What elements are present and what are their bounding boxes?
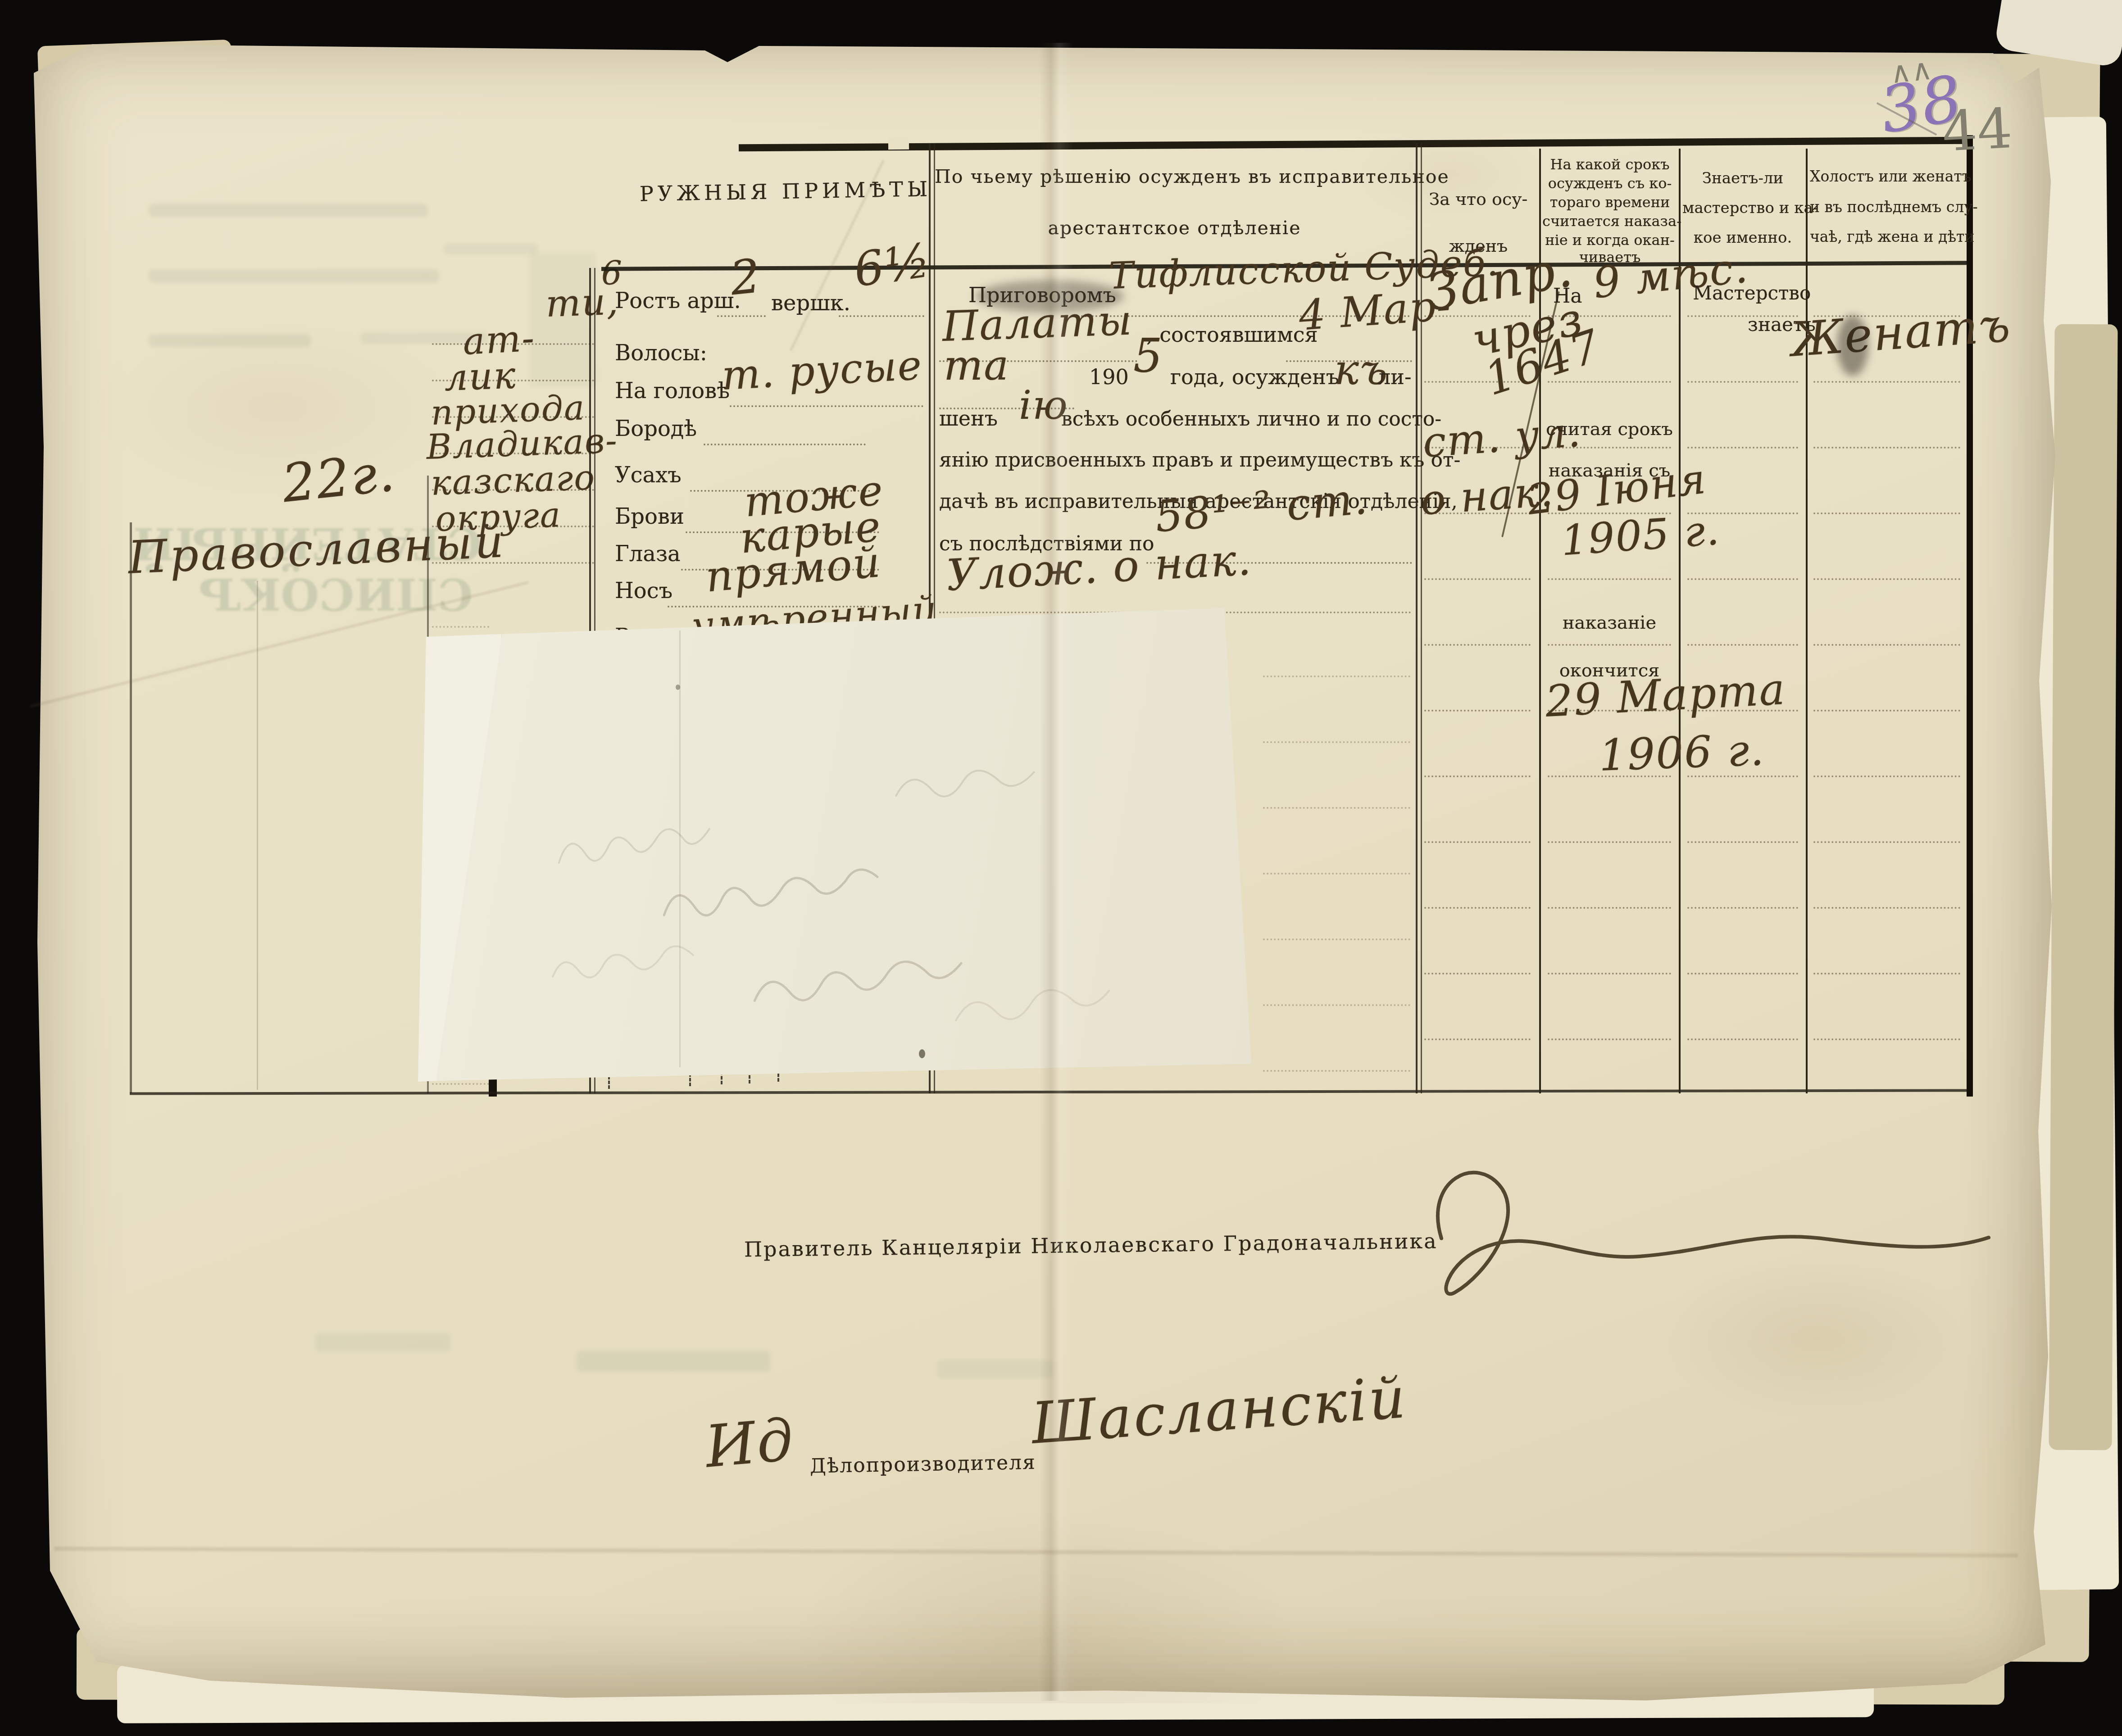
ruling-dotted-line: [1424, 644, 1531, 646]
header-marital-line3: чаѣ, гдѣ жена и дѣти: [1810, 228, 1964, 245]
decision-hand: та: [944, 341, 1009, 390]
bleedthrough-strip: [444, 243, 538, 255]
ruling-dotted-line: [1263, 1004, 1410, 1006]
ruling-dotted-line: [1687, 381, 1798, 383]
ruling-dotted-line: [1548, 841, 1671, 843]
bleedthrough-strip: [937, 1360, 1054, 1378]
term-printed-na: На: [1553, 285, 1582, 308]
feature-label-hair: Волосы:: [615, 340, 707, 366]
ruling-dotted-line: [1263, 675, 1410, 677]
header-term-line2: осужденъ съ ко-: [1542, 175, 1677, 192]
header-term-line4: считается наказа-: [1542, 213, 1677, 230]
fill-line: [717, 315, 766, 317]
bleedthrough-strip: [149, 269, 439, 283]
clerk-signature-flourish: [1387, 1126, 2027, 1315]
term-printed: считая срокъ: [1544, 419, 1675, 440]
bleedthrough-strip: [315, 1333, 450, 1352]
ruling-dotted-line: [1263, 1070, 1410, 1072]
ruling-dotted-line: [1813, 1038, 1960, 1040]
ruling-dotted-line: [1813, 578, 1960, 580]
ruling-dotted-line: [1263, 873, 1410, 875]
header-marital-line2: и въ послѣднемъ слу-: [1810, 198, 1964, 216]
decision-hand: 5: [1133, 330, 1163, 383]
bleedthrough-strip: [149, 334, 311, 347]
decision-printed: года, осужденъ: [1170, 365, 1339, 389]
feature-label-eyes: Глаза: [615, 541, 681, 567]
ruling-dotted-line: [1548, 578, 1671, 580]
ruling-dotted-line: [1424, 907, 1531, 909]
term-printed: наказаніе: [1544, 612, 1675, 633]
feature-label-beard: Бородѣ: [615, 416, 697, 441]
decision-printed: , состоявшимся: [1146, 322, 1318, 347]
ruling-dotted-line: [1813, 381, 1960, 383]
ruling-dotted-line: [1687, 447, 1798, 449]
feature-label-height: Ростъ арш.: [615, 288, 741, 313]
secretary-title: Дѣлопроизводителя: [810, 1451, 1036, 1478]
fill-line: [730, 405, 923, 407]
ruling-dotted-line: [1548, 644, 1671, 646]
ruling-dotted-line: [1548, 1038, 1671, 1040]
ruling-dotted-line: [1263, 938, 1410, 940]
ruling-dotted-line: [432, 1083, 489, 1085]
ruling-dotted-line: [1687, 644, 1798, 646]
feature-label-head: На головѣ: [615, 378, 730, 403]
feature-value-arshin: 2: [727, 248, 764, 306]
ruling-dotted-line: [1424, 578, 1531, 580]
ruling-dotted-line: [1263, 741, 1410, 743]
ruling-dotted-line: [1424, 1038, 1531, 1040]
feature-label-brows: Брови: [615, 504, 684, 529]
photographed-archival-document: СПИСОКЪ СТАТЕЙНЫЙ 6 ти, ат- лик прихода …: [0, 0, 2122, 1736]
folio-number-pencil: 44: [1940, 96, 2013, 164]
slip-speck: [676, 684, 680, 690]
ruling-dotted-line: [1687, 578, 1798, 580]
under-sheet-right-3: [2049, 324, 2117, 1450]
left-table-line: [257, 581, 258, 1090]
slip-speck: [919, 1049, 925, 1058]
decision-printed: ли-: [1377, 365, 1411, 389]
ruling-dotted-line: [1687, 1038, 1798, 1040]
header-features: РУЖНЫЯ ПРИМѢТЫ: [640, 177, 924, 206]
term-hand-end-year: 1906 г.: [1598, 725, 1766, 781]
overlay-slip: [423, 599, 1261, 1090]
ruling-dotted-line: [1813, 644, 1960, 646]
decision-printed: янію присвоенныхъ правъ и преимуществъ к…: [939, 449, 1460, 471]
ruling-dotted-line: [1813, 907, 1960, 909]
ruling-dotted-line: [1813, 710, 1960, 712]
age-entry: 22г.: [279, 442, 398, 515]
feature-value-vershok: 6½: [850, 232, 934, 298]
ruling-dotted-line: [1687, 907, 1798, 909]
header-craft-line1: Знаетъ-ли: [1682, 169, 1803, 187]
decision-printed: шенъ: [939, 406, 998, 431]
decision-printed: всѣхъ особенныхъ лично и по состо-: [1061, 408, 1441, 431]
ruling-dotted-line: [1813, 973, 1960, 975]
ruling-dotted-line: [1813, 775, 1960, 777]
craft-printed-line1: Мастерство: [1693, 282, 1811, 304]
decision-lower-ruling: [1261, 675, 1412, 1139]
header-term-line3: тораго времени: [1542, 194, 1677, 211]
bleedthrough-strip: [577, 1351, 770, 1372]
table-top-border-gap: [888, 138, 909, 150]
ruling-dotted-line: [1687, 841, 1798, 843]
ruling-dotted-line: [1424, 710, 1531, 712]
decision-printed: 190: [1089, 365, 1129, 389]
ruling-dotted-line: [1687, 973, 1798, 975]
ruling-dotted-line: [1813, 841, 1960, 843]
header-decision-line1: По чьему рѣшенію осужденъ въ исправитель…: [935, 166, 1414, 187]
marital-ruling: [1812, 315, 1962, 1099]
bleedthrough-strip: [149, 204, 428, 217]
fragment-word: ти,: [545, 280, 620, 326]
ruling-dotted-line: [1548, 973, 1671, 975]
ruling-dotted-line: [432, 626, 489, 628]
fill-line: [839, 315, 924, 317]
header-term-line1: На какой срокъ: [1542, 156, 1677, 173]
header-offense-line1: За что осу-: [1419, 189, 1538, 209]
acting-abbreviation: Ид: [703, 1406, 797, 1481]
ruling-dotted-line: [1424, 841, 1531, 843]
fill-line: [704, 444, 866, 445]
feature-label-moustache: Усахъ: [615, 462, 682, 488]
header-marital-line1: Холостъ или женатъ: [1810, 168, 1964, 185]
header-craft-line2: мастерство и ка-: [1682, 199, 1803, 217]
folio-pencil-marks: ∧∧: [1888, 53, 1934, 90]
ruling-dotted-line: [1548, 907, 1671, 909]
header-decision-line2: арестантское отдѣленіе: [935, 217, 1414, 239]
left-table-line: [130, 522, 132, 1093]
gutter-fold: [1040, 43, 1073, 1701]
ruling-dotted-line: [1263, 807, 1410, 809]
table-right-border: [1967, 135, 1973, 1097]
ruling-dotted-line: [1813, 447, 1960, 449]
ruling-dotted-line: [1424, 775, 1531, 777]
bleedthrough-squiggles: [400, 557, 1285, 1132]
ruling-dotted-line: [1424, 973, 1531, 975]
ink-smudge: [1837, 315, 1868, 376]
ruling-dotted-line: [1813, 512, 1960, 514]
feature-label-nose: Носъ: [615, 578, 672, 603]
